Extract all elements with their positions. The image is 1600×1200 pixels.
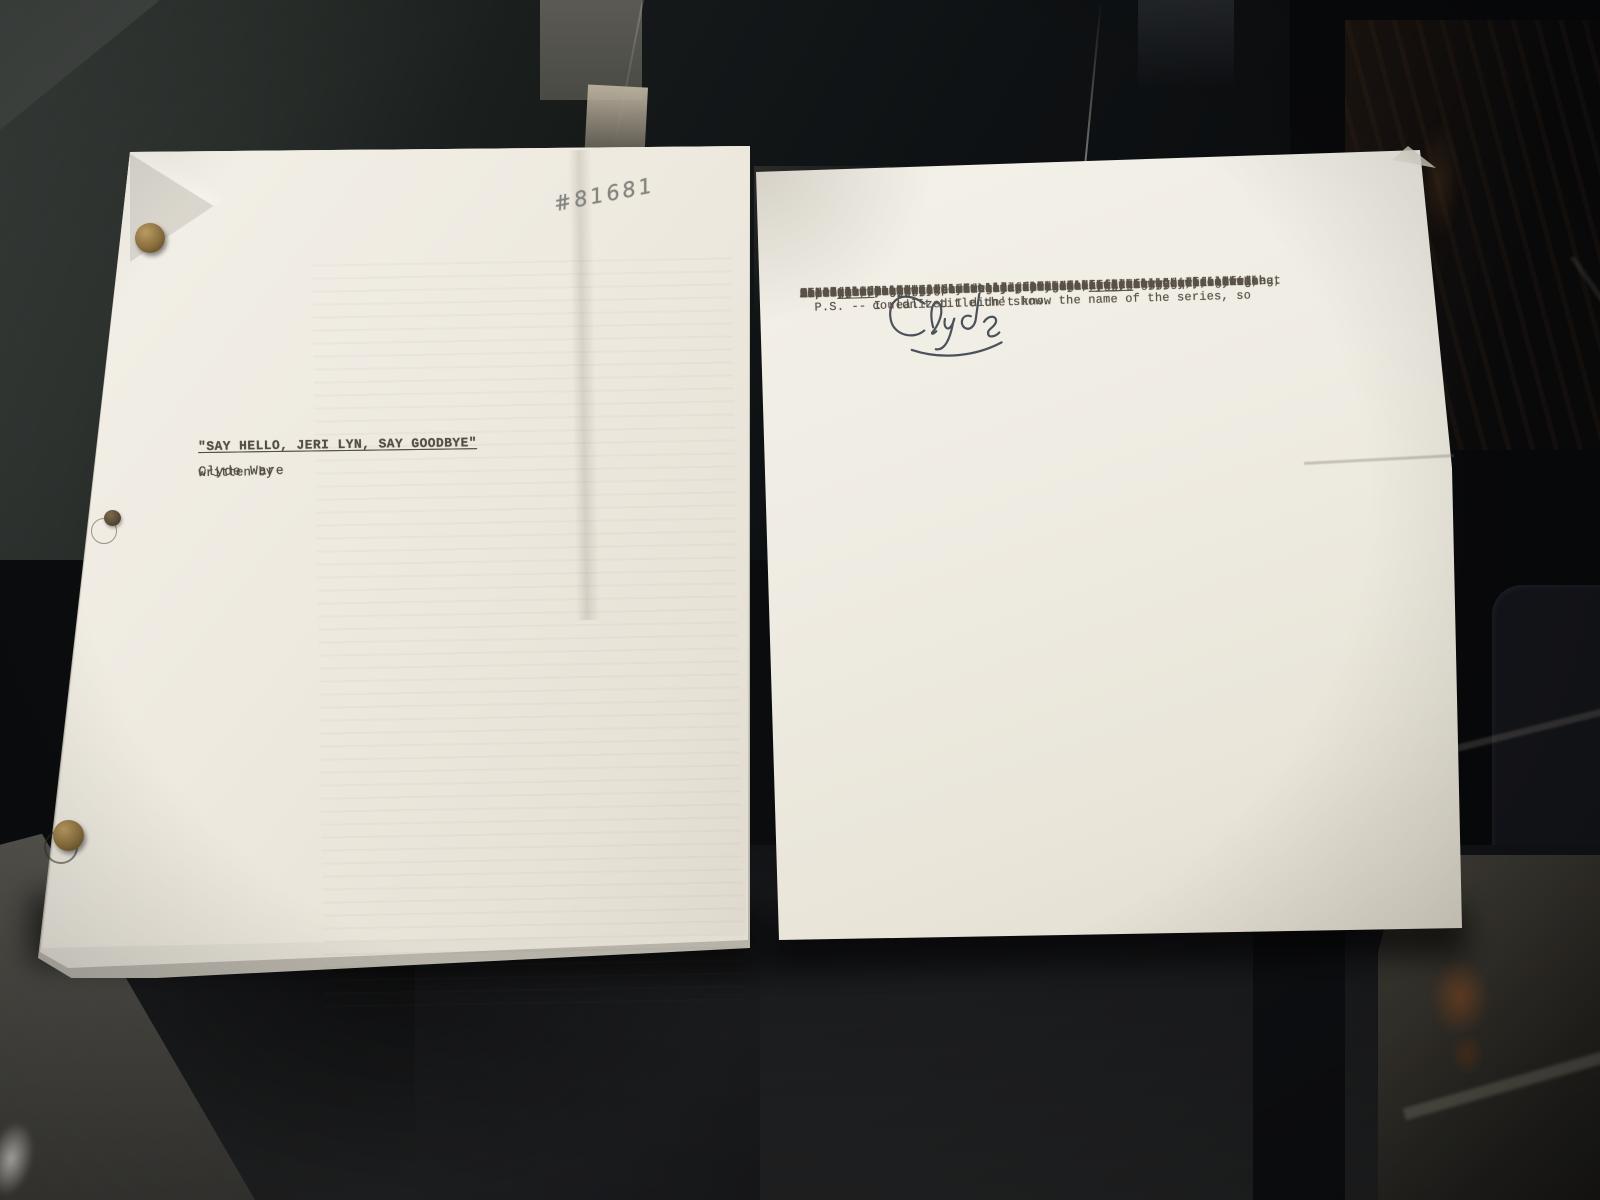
rust-spot-small <box>1450 1032 1484 1076</box>
brass-brad-middle <box>104 510 121 526</box>
script-author: Clyde Ware <box>198 463 284 479</box>
brass-brad-top <box>135 223 165 253</box>
photo-scene: #81681 "SAY HELLO, JERI LYN, SAY GOODBYE… <box>0 0 1600 1200</box>
showthrough-text-ghost <box>311 246 744 1013</box>
letter-document: Dear Lou -- Hope you've had a good Holid… <box>744 136 1476 956</box>
background-faint-band <box>1138 0 1234 90</box>
script-document: #81681 "SAY HELLO, JERI LYN, SAY GOODBYE… <box>38 140 754 978</box>
rust-spot <box>1430 958 1490 1036</box>
brass-brad-bottom <box>53 820 84 851</box>
